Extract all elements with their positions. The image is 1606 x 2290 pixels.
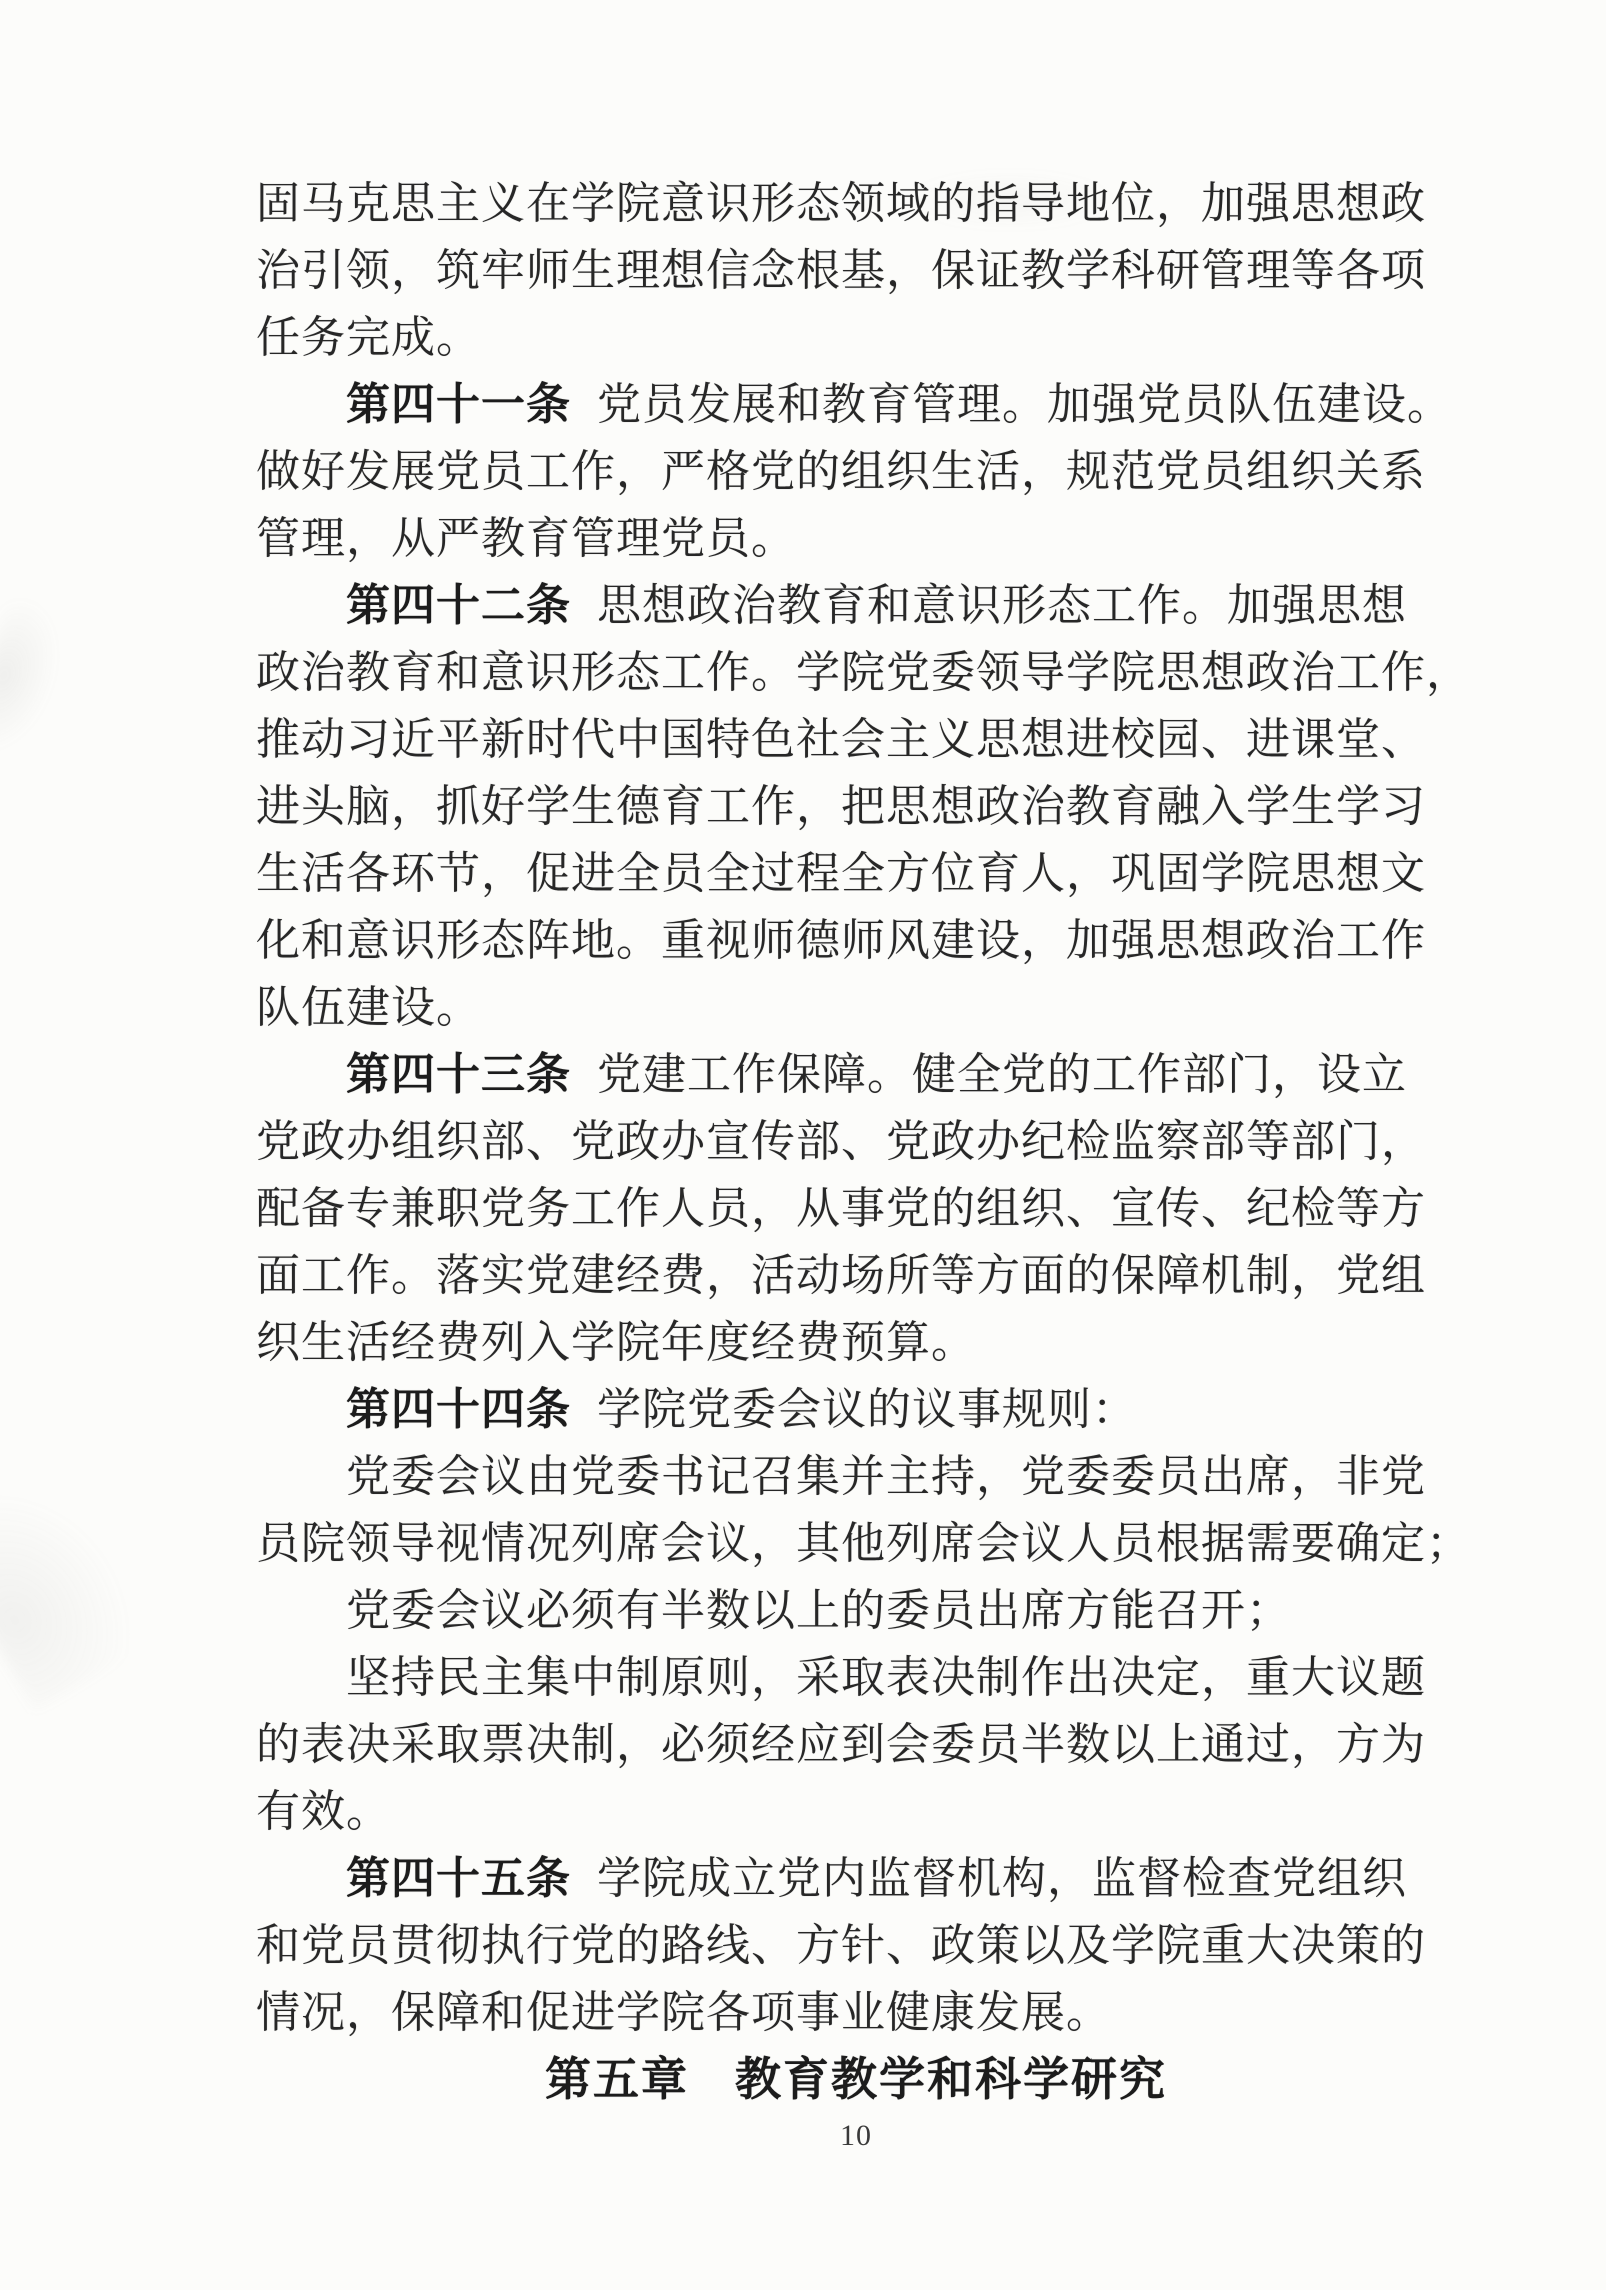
line-text: 任务完成。 [256, 313, 481, 362]
page-number: 10 [256, 2119, 1456, 2153]
text-line: 员院领导视情况列席会议，其他列席会议人员根据需要确定； [256, 1510, 1456, 1577]
line-text: 推动习近平新时代中国特色社会主义思想进校园、进课堂、 [256, 715, 1426, 764]
line-text: 党政办组织部、党政办宣传部、党政办纪检监察部等部门， [256, 1117, 1426, 1166]
text-line: 生活各环节，促进全员全过程全方位育人，巩固学院思想文 [256, 840, 1456, 907]
text-line: 党委会议必须有半数以上的委员出席方能召开； [256, 1577, 1456, 1644]
document-lines: 固马克思主义在学院意识形态领域的指导地位，加强思想政治引领，筑牢师生理想信念根基… [256, 170, 1456, 2046]
scan-smudge [0, 1450, 156, 1711]
line-text: 学院成立党内监督机构，监督检查党组织 [597, 1854, 1407, 1903]
text-line: 第四十四条学院党委会议的议事规则： [256, 1376, 1456, 1443]
line-text: 党员发展和教育管理。加强党员队伍建设。 [597, 380, 1452, 429]
line-text: 情况，保障和促进学院各项事业健康发展。 [256, 1988, 1111, 2037]
article-number: 第四十五条 [346, 1854, 571, 1903]
line-text: 有效。 [256, 1787, 391, 1836]
line-text: 学院党委会议的议事规则： [597, 1385, 1137, 1434]
line-text: 政治教育和意识形态工作。学院党委领导学院思想政治工作， [256, 648, 1471, 697]
document-page: 固马克思主义在学院意识形态领域的指导地位，加强思想政治引领，筑牢师生理想信念根基… [0, 0, 1606, 2290]
line-text: 配备专兼职党务工作人员，从事党的组织、宣传、纪检等方 [256, 1184, 1426, 1233]
text-line: 第四十三条党建工作保障。健全党的工作部门，设立 [256, 1041, 1456, 1108]
text-line: 情况，保障和促进学院各项事业健康发展。 [256, 1979, 1456, 2046]
text-line: 任务完成。 [256, 304, 1456, 371]
article-number: 第四十四条 [346, 1385, 571, 1434]
text-line: 织生活经费列入学院年度经费预算。 [256, 1309, 1456, 1376]
line-text: 和党员贯彻执行党的路线、方针、政策以及学院重大决策的 [256, 1921, 1426, 1970]
article-number: 第四十三条 [346, 1050, 571, 1099]
text-line: 进头脑，抓好学生德育工作，把思想政治教育融入学生学习 [256, 773, 1456, 840]
text-column: 固马克思主义在学院意识形态领域的指导地位，加强思想政治引领，筑牢师生理想信念根基… [256, 170, 1456, 2153]
text-line: 第四十五条学院成立党内监督机构，监督检查党组织 [256, 1845, 1456, 1912]
text-line: 政治教育和意识形态工作。学院党委领导学院思想政治工作， [256, 639, 1456, 706]
line-text: 党建工作保障。健全党的工作部门，设立 [597, 1050, 1407, 1099]
text-line: 化和意识形态阵地。重视师德师风建设，加强思想政治工作 [256, 907, 1456, 974]
line-text: 治引领，筑牢师生理想信念根基，保证教学科研管理等各项 [256, 246, 1426, 295]
line-text: 生活各环节，促进全员全过程全方位育人，巩固学院思想文 [256, 849, 1426, 898]
text-line: 治引领，筑牢师生理想信念根基，保证教学科研管理等各项 [256, 237, 1456, 304]
text-line: 固马克思主义在学院意识形态领域的指导地位，加强思想政 [256, 170, 1456, 237]
line-text: 面工作。落实党建经费，活动场所等方面的保障机制，党组 [256, 1251, 1426, 1300]
article-number: 第四十二条 [346, 581, 571, 630]
chapter-number: 第五章 [545, 2054, 689, 2105]
line-text: 化和意识形态阵地。重视师德师风建设，加强思想政治工作 [256, 916, 1426, 965]
line-text: 织生活经费列入学院年度经费预算。 [256, 1318, 976, 1367]
text-line: 党委会议由党委书记召集并主持，党委委员出席，非党 [256, 1443, 1456, 1510]
article-number: 第四十一条 [346, 380, 571, 429]
text-line: 做好发展党员工作，严格党的组织生活，规范党员组织关系 [256, 438, 1456, 505]
text-line: 面工作。落实党建经费，活动场所等方面的保障机制，党组 [256, 1242, 1456, 1309]
line-text: 党委会议由党委书记召集并主持，党委委员出席，非党 [346, 1452, 1426, 1501]
line-text: 员院领导视情况列席会议，其他列席会议人员根据需要确定； [256, 1519, 1471, 1568]
chapter-title: 教育教学和科学研究 [735, 2054, 1167, 2105]
line-text: 做好发展党员工作，严格党的组织生活，规范党员组织关系 [256, 447, 1426, 496]
line-text: 固马克思主义在学院意识形态领域的指导地位，加强思想政 [256, 179, 1426, 228]
text-line: 坚持民主集中制原则，采取表决制作出决定，重大议题 [256, 1644, 1456, 1711]
line-text: 坚持民主集中制原则，采取表决制作出决定，重大议题 [346, 1653, 1426, 1702]
line-text: 思想政治教育和意识形态工作。加强思想 [597, 581, 1407, 630]
text-line: 党政办组织部、党政办宣传部、党政办纪检监察部等部门， [256, 1108, 1456, 1175]
line-text: 管理，从严教育管理党员。 [256, 514, 796, 563]
text-line: 管理，从严教育管理党员。 [256, 505, 1456, 572]
text-line: 的表决采取票决制，必须经应到会委员半数以上通过，方为 [256, 1711, 1456, 1778]
text-line: 第四十一条党员发展和教育管理。加强党员队伍建设。 [256, 371, 1456, 438]
text-line: 推动习近平新时代中国特色社会主义思想进校园、进课堂、 [256, 706, 1456, 773]
text-line: 第四十二条思想政治教育和意识形态工作。加强思想 [256, 572, 1456, 639]
text-line: 和党员贯彻执行党的路线、方针、政策以及学院重大决策的 [256, 1912, 1456, 1979]
line-text: 队伍建设。 [256, 983, 481, 1032]
line-text: 党委会议必须有半数以上的委员出席方能召开； [346, 1586, 1291, 1635]
chapter-heading: 第五章教育教学和科学研究 [256, 2046, 1456, 2113]
text-line: 配备专兼职党务工作人员，从事党的组织、宣传、纪检等方 [256, 1175, 1456, 1242]
line-text: 的表决采取票决制，必须经应到会委员半数以上通过，方为 [256, 1720, 1426, 1769]
text-line: 队伍建设。 [256, 974, 1456, 1041]
scan-smudge [0, 593, 77, 767]
line-text: 进头脑，抓好学生德育工作，把思想政治教育融入学生学习 [256, 782, 1426, 831]
text-line: 有效。 [256, 1778, 1456, 1845]
